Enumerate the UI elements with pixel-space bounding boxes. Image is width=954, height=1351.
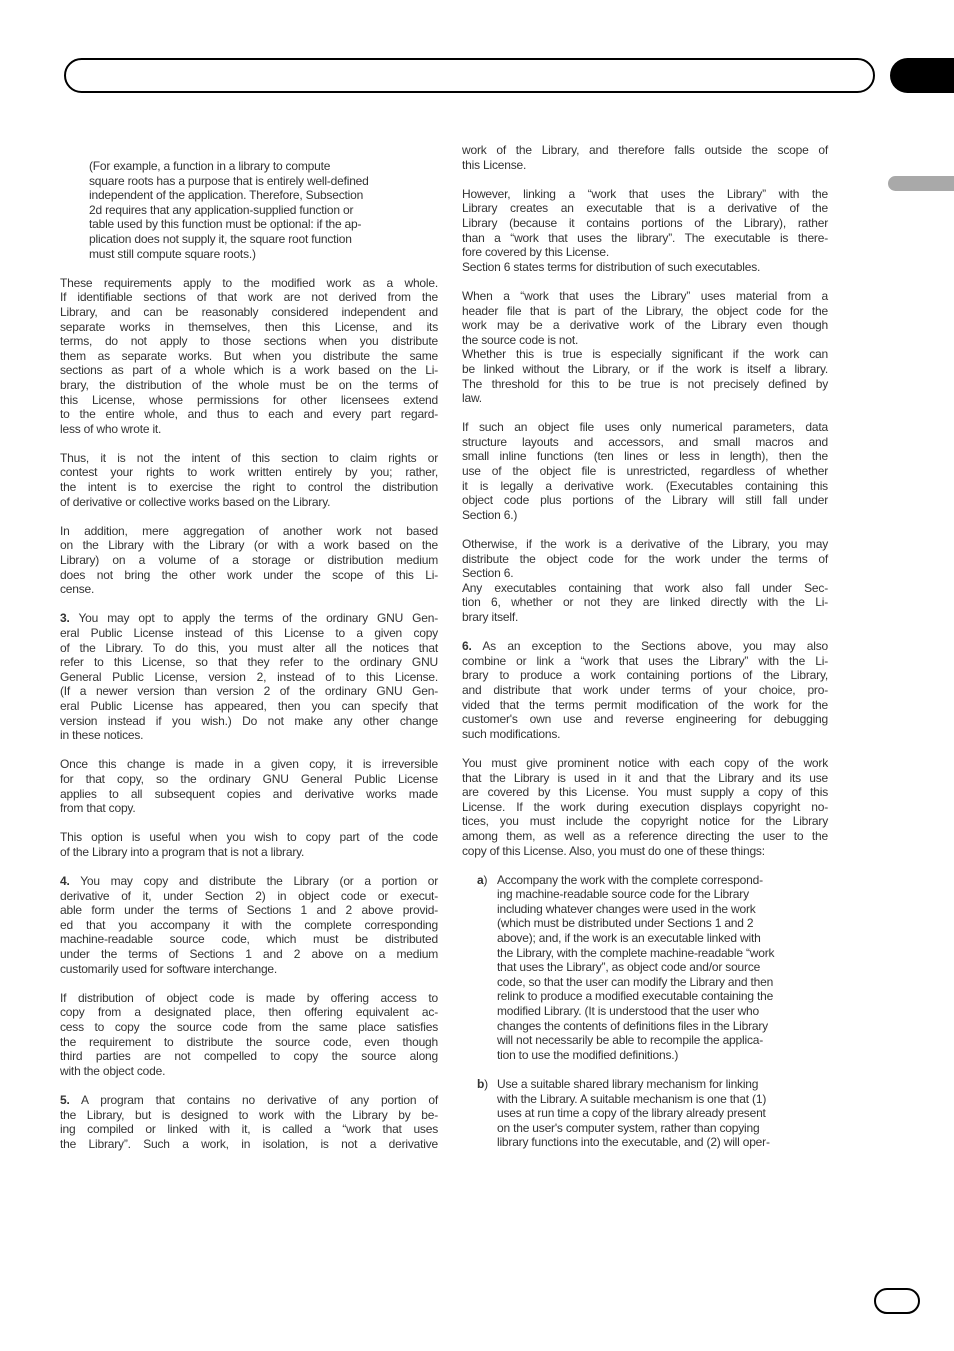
text-line: derivative of it, under Section 2) in ob… [60, 889, 438, 904]
text-line: above); and, if the work is an executabl… [497, 931, 828, 946]
text-line: small inline functions (ten lines or les… [462, 449, 828, 464]
page-number-capsule [874, 1288, 920, 1314]
text-line: that the Library is used in it and that … [462, 771, 828, 786]
list-item: b)Use a suitable shared library mechanis… [462, 1077, 828, 1150]
text-line: sections as part of a whole which is a w… [60, 363, 438, 378]
section-number: 5. [60, 1093, 70, 1107]
text-line: modified Library. (It is understood that… [497, 1004, 828, 1019]
section-number: 3. [60, 611, 70, 625]
text-line: Whether this is true is especially signi… [462, 347, 828, 362]
text-line-rest: A program that contains no derivative of… [81, 1093, 438, 1107]
text-line: 3. You may opt to apply the terms of the… [60, 611, 438, 626]
text-line: brary, the distribution of the whole mus… [60, 378, 438, 393]
right-column: work of the Library, and therefore falls… [462, 143, 828, 1165]
text-line: Accompany the work with the complete cor… [497, 873, 828, 888]
text-line: tion to use the modified definitions.) [497, 1048, 828, 1063]
text-line: the Library, with the complete machine-r… [497, 946, 828, 961]
text-line: on the user's computer system, rather th… [497, 1121, 828, 1136]
text-line: ing machine-readable source code for the… [497, 887, 828, 902]
text-line: You must give prominent notice with each… [462, 756, 828, 771]
paragraph: These requirements apply to the modified… [60, 276, 438, 437]
text-line: brary to produce a work containing porti… [462, 668, 828, 683]
text-line: 5. A program that contains no derivative… [60, 1093, 438, 1108]
text-line: If identifiable sections of that work ar… [60, 290, 438, 305]
left-column: (For example, a function in a library to… [60, 159, 438, 1166]
text-line: for that copy, so the ordinary GNU Gener… [60, 772, 438, 787]
text-line: However, linking a “work that uses the L… [462, 187, 828, 202]
text-line: cense. [60, 582, 438, 597]
paragraph: However, linking a “work that uses the L… [462, 187, 828, 275]
text-line: refer to this License, so that they refe… [60, 655, 438, 670]
text-line: brary itself. [462, 610, 828, 625]
text-line: version instead if you wish.) Do not mak… [60, 714, 438, 729]
text-line: Section 6.) [462, 508, 828, 523]
text-line: including whatever changes were used in … [497, 902, 828, 917]
text-line: When a “work that uses the Library” uses… [462, 289, 828, 304]
list-item: a)Accompany the work with the complete c… [462, 873, 828, 1063]
text-line: combine or link a “work that uses the Li… [462, 654, 828, 669]
text-line: on the Library with the Library (or with… [60, 538, 438, 553]
text-line: does not bring the other work under the … [60, 568, 438, 583]
text-line: fore covered by this License. [462, 245, 828, 260]
text-line: 4. You may copy and distribute the Libra… [60, 874, 438, 889]
text-line: uses at run time a copy of the library a… [497, 1106, 828, 1121]
section-index-tab [888, 176, 954, 191]
text-line: will not necessarily be able to recompil… [497, 1033, 828, 1048]
text-line: In addition, mere aggregation of another… [60, 524, 438, 539]
text-line-rest: You may copy and distribute the Library … [80, 874, 438, 888]
text-line: less of who wrote it. [60, 422, 438, 437]
text-line: able form under the terms of Sections 1 … [60, 903, 438, 918]
text-line: library functions into the executable, a… [497, 1135, 828, 1150]
indented-note: (For example, a function in a library to… [60, 159, 438, 261]
text-line: If such an object file uses only numeric… [462, 420, 828, 435]
text-line: Thus, it is not the intent of this secti… [60, 451, 438, 466]
numbered-paragraph: 3. You may opt to apply the terms of the… [60, 611, 438, 742]
text-line-rest: You may opt to apply the terms of the or… [78, 611, 438, 625]
text-line: Any executables containing that work als… [462, 581, 828, 596]
text-line: must still compute square roots.) [89, 247, 438, 262]
paragraph: You must give prominent notice with each… [462, 756, 828, 858]
text-line: this License, whose permissions for othe… [60, 393, 438, 408]
text-line: in these notices. [60, 728, 438, 743]
text-line: third parties are not compelled to copy … [60, 1049, 438, 1064]
text-line: This option is useful when you wish to c… [60, 830, 438, 845]
text-line: code, so that the user can modify the Li… [497, 975, 828, 990]
section-number: 4. [60, 874, 70, 888]
text-line: Once this change is made in a given copy… [60, 757, 438, 772]
text-line: (which must be distributed under Section… [497, 916, 828, 931]
text-line: be linked without the Library, or if the… [462, 362, 828, 377]
text-line: 2d requires that any application-supplie… [89, 203, 438, 218]
paragraph: In addition, mere aggregation of another… [60, 524, 438, 597]
numbered-paragraph: 5. A program that contains no derivative… [60, 1093, 438, 1151]
text-line: among them, as well as a reference direc… [462, 829, 828, 844]
text-line: and distribute that work under terms of … [462, 683, 828, 698]
text-line: such modifications. [462, 727, 828, 742]
text-line: Section 6. [462, 566, 828, 581]
list-marker-paren: ) [483, 873, 487, 887]
text-line: relink to produce a modified executable … [497, 989, 828, 1004]
text-line: ing compiled or linked with it, is calle… [60, 1122, 438, 1137]
text-line: than a “work that uses the library”. The… [462, 231, 828, 246]
text-line: eral Public License instead of this Lice… [60, 626, 438, 641]
text-line: These requirements apply to the modified… [60, 276, 438, 291]
paragraph: This option is useful when you wish to c… [60, 830, 438, 859]
text-line: eral Public License has appeared, then y… [60, 699, 438, 714]
text-line: License. If the work during execution di… [462, 800, 828, 815]
text-line: Library creates an executable that is a … [462, 201, 828, 216]
text-line: copy from a designated place, then offer… [60, 1005, 438, 1020]
numbered-paragraph: 4. You may copy and distribute the Libra… [60, 874, 438, 976]
text-line: machine-readable source code, which must… [60, 932, 438, 947]
text-line: work may be a derivative work of the Lib… [462, 318, 828, 333]
text-line: cess to copy the source code from the sa… [60, 1020, 438, 1035]
text-line: this License. [462, 158, 828, 173]
text-line: the requirement to distribute the source… [60, 1035, 438, 1050]
list-marker-paren: ) [484, 1077, 488, 1091]
text-line: table used by this function must be opti… [89, 217, 438, 232]
text-line: of the Library into a program that is no… [60, 845, 438, 860]
text-line: (For example, a function in a library to… [89, 159, 438, 174]
text-line: with the object code. [60, 1064, 438, 1079]
text-line: are covered by this License. You must su… [462, 785, 828, 800]
text-line: Library) on a volume of a storage or dis… [60, 553, 438, 568]
paragraph: When a “work that uses the Library” uses… [462, 289, 828, 406]
text-line: customer's own use and reverse engineeri… [462, 712, 828, 727]
list-marker: b) [477, 1077, 488, 1092]
text-line: changes the contents of definitions file… [497, 1019, 828, 1034]
numbered-paragraph: 6. As an exception to the Sections above… [462, 639, 828, 741]
text-line: If distribution of object code is made b… [60, 991, 438, 1006]
text-line: Library (because it contains portions of… [462, 216, 828, 231]
text-line: separate works in themselves, then this … [60, 320, 438, 335]
text-line: header file that is part of the Library,… [462, 304, 828, 319]
text-line: the Library”. Such a work, in isolation,… [60, 1137, 438, 1152]
text-line: vided that the terms permit modification… [462, 698, 828, 713]
text-line: tices, you must include the copyright no… [462, 814, 828, 829]
text-line: Otherwise, if the work is a derivative o… [462, 537, 828, 552]
paragraph: Thus, it is not the intent of this secti… [60, 451, 438, 509]
text-line: (If a newer version than version 2 of th… [60, 684, 438, 699]
corner-tab [890, 58, 954, 93]
text-line: customarily used for software interchang… [60, 962, 438, 977]
section-number: 6. [462, 639, 472, 653]
text-line: General Public License, version 2, inste… [60, 670, 438, 685]
list-marker: a) [477, 873, 487, 888]
text-line: work of the Library, and therefore falls… [462, 143, 828, 158]
text-line: object code plus portions of the Library… [462, 493, 828, 508]
paragraph: If such an object file uses only numeric… [462, 420, 828, 522]
manual-license-page: (For example, a function in a library to… [0, 0, 954, 1351]
text-line: copy of this License. Also, you must do … [462, 844, 828, 859]
text-line: tion 6, whether or not they are linked d… [462, 595, 828, 610]
paragraph: work of the Library, and therefore falls… [462, 143, 828, 172]
text-line: law. [462, 391, 828, 406]
text-line: with the Library. A suitable mechanism i… [497, 1092, 828, 1107]
text-line: of derivative or collective works based … [60, 495, 438, 510]
text-line: it is legally a derivative work. (Execut… [462, 479, 828, 494]
text-line-rest: As an exception to the Sections above, y… [482, 639, 828, 653]
text-line: the intent is to exercise the right to c… [60, 480, 438, 495]
text-line: square roots has a purpose that is entir… [89, 174, 438, 189]
text-line: them as separate works. But when you dis… [60, 349, 438, 364]
text-line: applies to all subsequent copies and der… [60, 787, 438, 802]
paragraph: If distribution of object code is made b… [60, 991, 438, 1079]
text-line: to the entire whole, and thus to each an… [60, 407, 438, 422]
text-line: structure layouts and accessors, and sma… [462, 435, 828, 450]
text-line: the source code is not. [462, 333, 828, 348]
paragraph: Once this change is made in a given copy… [60, 757, 438, 815]
text-line: of the Library. To do this, you must alt… [60, 641, 438, 656]
text-line: from that copy. [60, 801, 438, 816]
text-line: the Library, but is designed to work wit… [60, 1108, 438, 1123]
text-line: 6. As an exception to the Sections above… [462, 639, 828, 654]
paragraph: Otherwise, if the work is a derivative o… [462, 537, 828, 625]
text-line: plication does not supply it, the square… [89, 232, 438, 247]
text-line: distribute the object code for the work … [462, 552, 828, 567]
text-line: terms, do not apply to those sections wh… [60, 334, 438, 349]
text-line: that uses the Library”, as object code a… [497, 960, 828, 975]
text-line: under the terms of Sections 1 and 2 abov… [60, 947, 438, 962]
text-line: contest your rights to work written enti… [60, 465, 438, 480]
text-line: The threshold for this to be true is not… [462, 377, 828, 392]
text-line: Use a suitable shared library mechanism … [497, 1077, 828, 1092]
header-title-bar [64, 58, 875, 93]
text-line: independent of the application. Therefor… [89, 188, 438, 203]
text-line: Library, and can be reasonably considere… [60, 305, 438, 320]
text-line: Section 6 states terms for distribution … [462, 260, 828, 275]
text-line: ed that you accompany it with the comple… [60, 918, 438, 933]
text-line: use of the object file is unrestricted, … [462, 464, 828, 479]
